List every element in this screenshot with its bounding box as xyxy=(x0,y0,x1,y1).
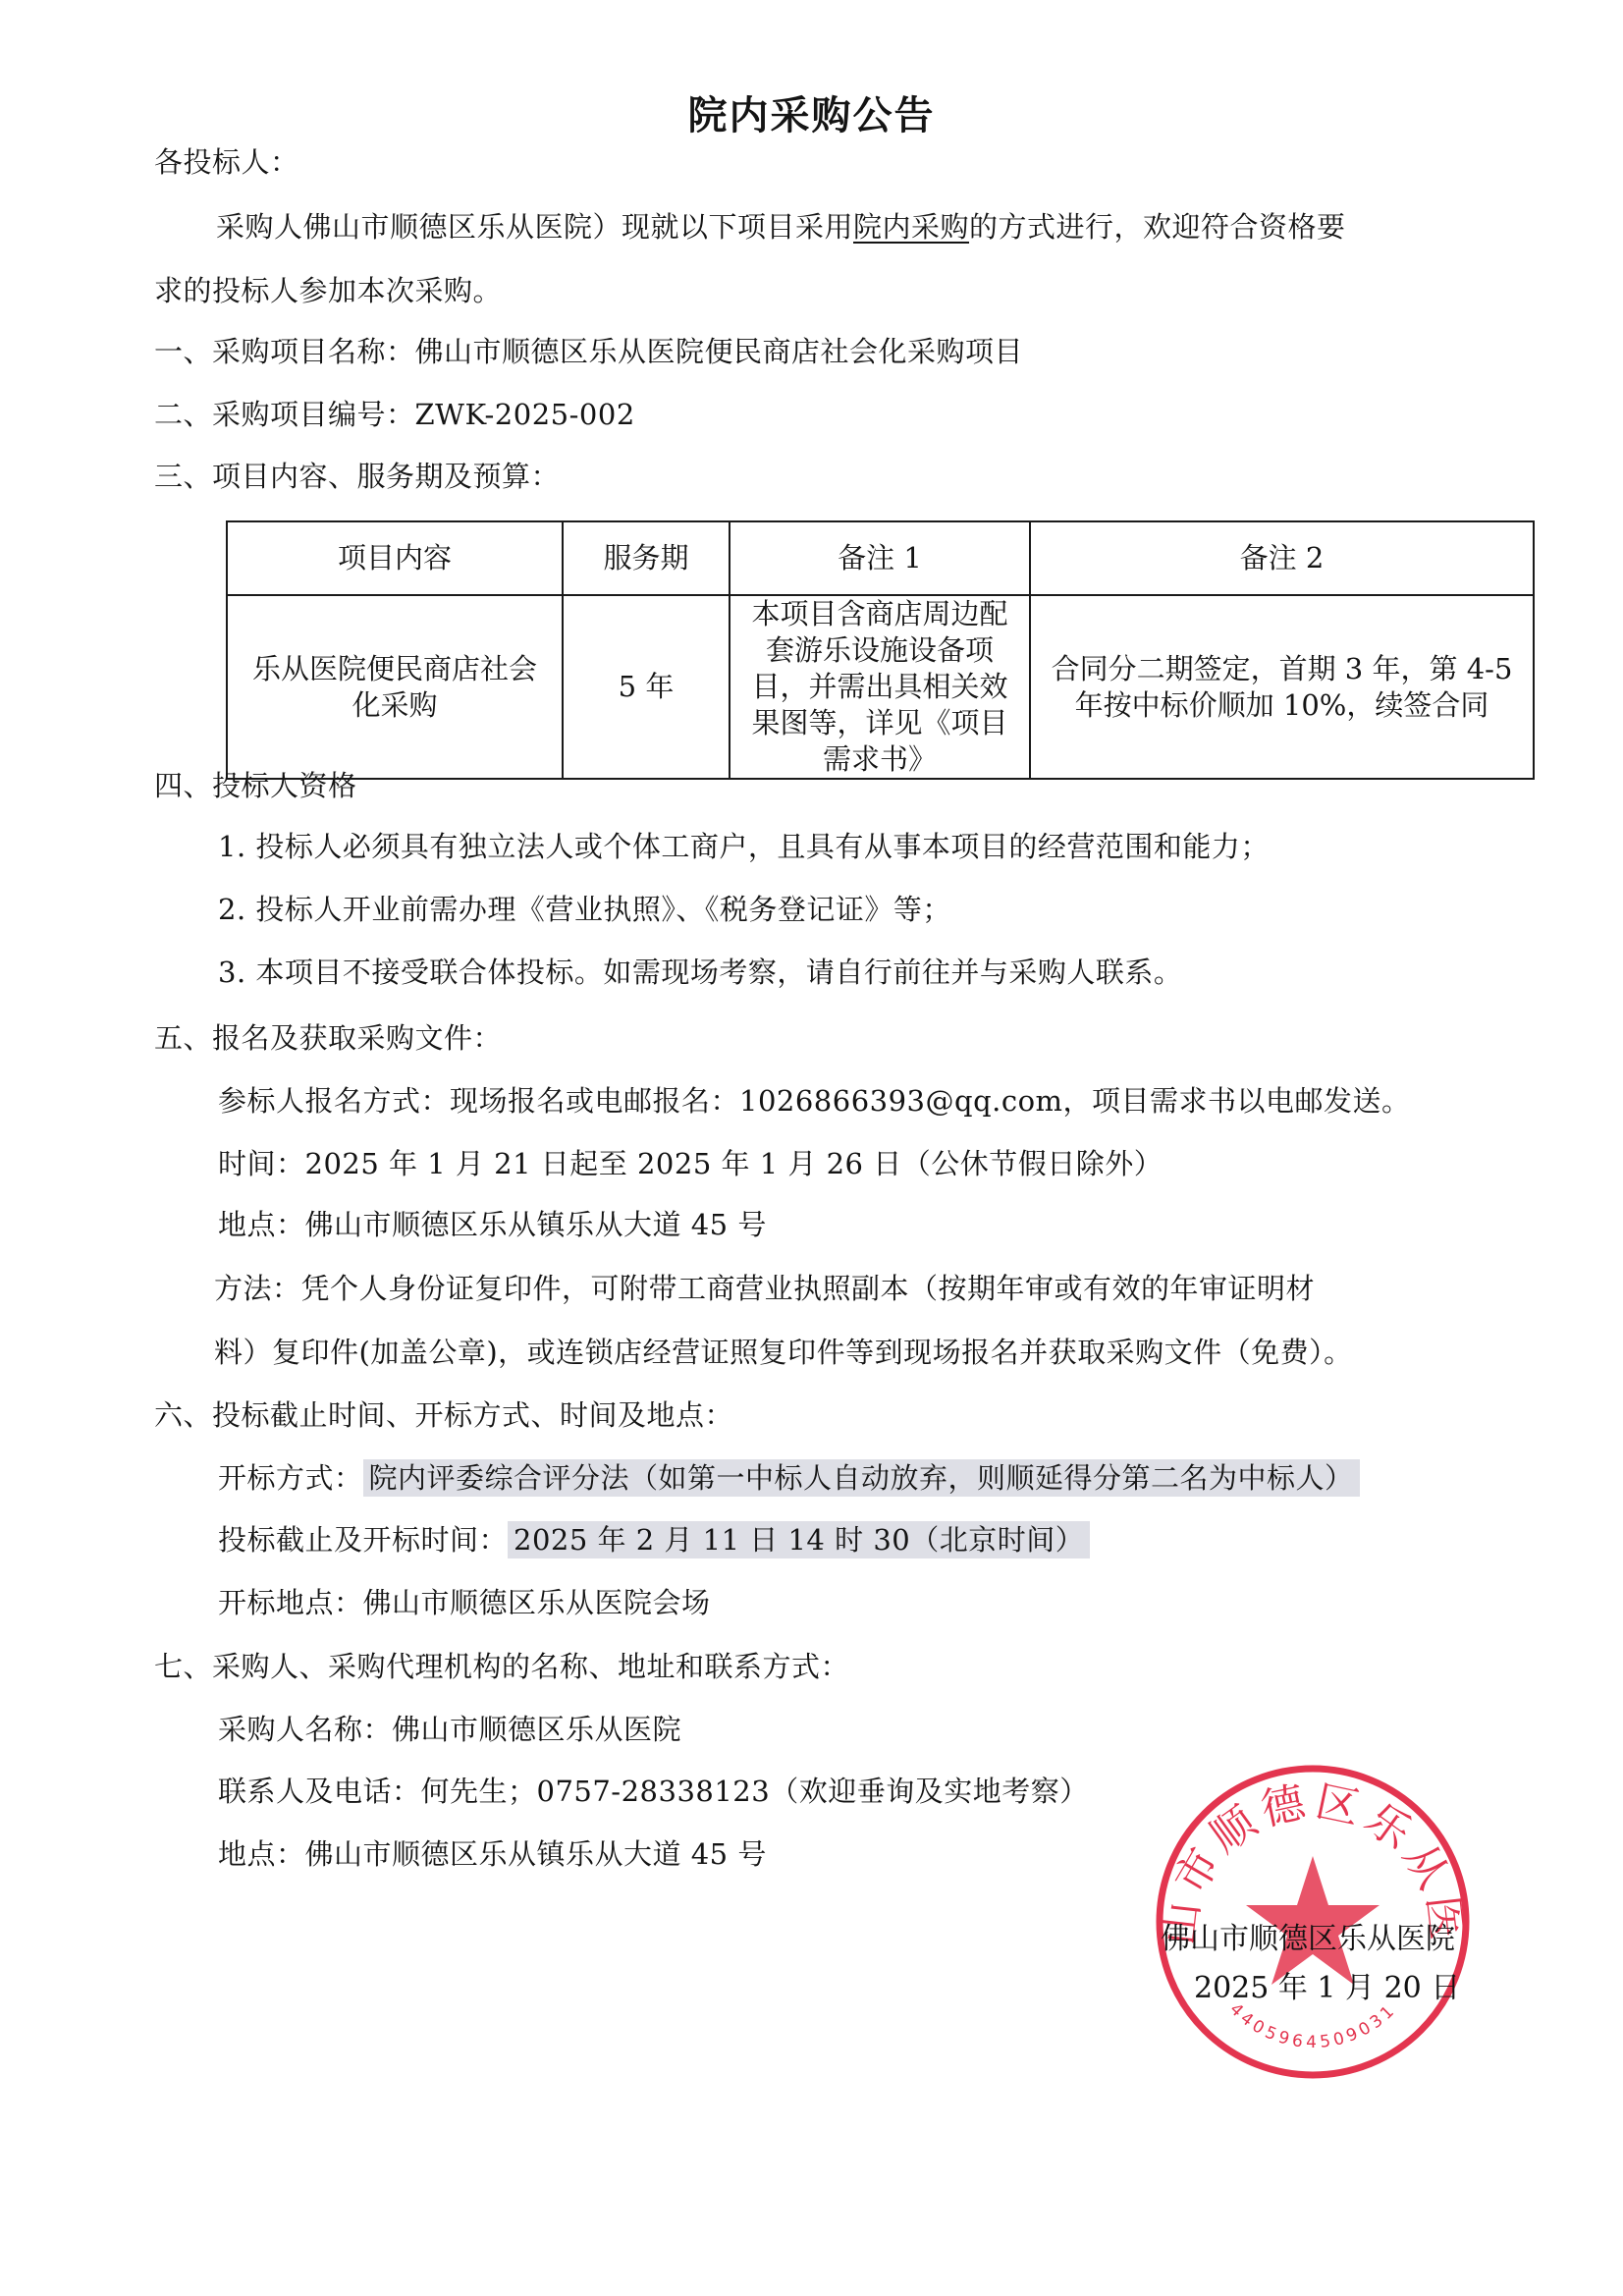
registration-method-detail-1: 方法：凭个人身份证复印件，可附带工商营业执照副本（按期年审或有效的年审证明材 xyxy=(214,1269,1315,1308)
cell-content: 乐从医院便民商店社会化采购 xyxy=(227,595,563,779)
intro-line-1: 采购人佛山市顺德区乐从医院）现就以下项目采用院内采购的方式进行，欢迎符合资格要 xyxy=(216,207,1346,246)
purchaser-name: 采购人名称：佛山市顺德区乐从医院 xyxy=(218,1710,681,1749)
section-1-project-name: 一、采购项目名称：佛山市顺德区乐从医院便民商店社会化采购项目 xyxy=(154,332,1023,371)
registration-method: 参标人报名方式：现场报名或电邮报名：1026866393@qq.com，项目需求… xyxy=(218,1081,1411,1121)
section-6-heading: 六、投标截止时间、开标方式、时间及地点： xyxy=(154,1395,733,1435)
registration-location: 地点：佛山市顺德区乐从镇乐从大道 45 号 xyxy=(218,1205,767,1244)
table-header-row: 项目内容 服务期 备注 1 备注 2 xyxy=(227,521,1534,595)
contact-info: 联系人及电话：何先生；0757-28338123（欢迎垂询及实地考察） xyxy=(218,1772,1089,1811)
qualification-item-3: 3. 本项目不接受联合体投标。如需现场考察，请自行前往并与采购人联系。 xyxy=(218,953,1182,992)
header-note-2: 备注 2 xyxy=(1030,521,1534,595)
salutation: 各投标人： xyxy=(154,142,299,182)
section-7-heading: 七、采购人、采购代理机构的名称、地址和联系方式： xyxy=(154,1647,849,1686)
bid-deadline-value: 2025 年 2 月 11 日 14 时 30（北京时间） xyxy=(508,1521,1090,1558)
procurement-method-underlined: 院内采购 xyxy=(853,210,969,244)
cell-note-2: 合同分二期签定，首期 3 年，第 4-5 年按中标价顺加 10%，续签合同 xyxy=(1030,595,1534,779)
header-note-1: 备注 1 xyxy=(730,521,1030,595)
qualification-item-2: 2. 投标人开业前需办理《营业执照》、《税务登记证》等； xyxy=(218,890,951,929)
registration-method-detail-2: 料）复印件(加盖公章)，或连锁店经营证照复印件等到现场报名并获取采购文件（免费）… xyxy=(214,1333,1353,1372)
section-5-heading: 五、报名及获取采购文件： xyxy=(154,1018,502,1058)
signature-organization: 佛山市顺德区乐从医院 xyxy=(1161,1920,1455,1959)
intro-line-2: 求的投标人参加本次采购。 xyxy=(154,271,502,310)
document-title: 院内采购公告 xyxy=(0,90,1623,141)
header-period: 服务期 xyxy=(563,521,730,595)
table-row: 乐从医院便民商店社会化采购 5 年 本项目含商店周边配套游乐设施设备项目，并需出… xyxy=(227,595,1534,779)
intro-text-pre: 采购人佛山市顺德区乐从医院）现就以下项目采用 xyxy=(216,210,853,244)
header-content: 项目内容 xyxy=(227,521,563,595)
signature-date: 2025 年 1 月 20 日 xyxy=(1194,1969,1460,2008)
opening-method-value: 院内评委综合评分法（如第一中标人自动放弃，则顺延得分第二名为中标人） xyxy=(363,1459,1360,1497)
section-3-heading: 三、项目内容、服务期及预算： xyxy=(154,457,560,496)
project-table: 项目内容 服务期 备注 1 备注 2 乐从医院便民商店社会化采购 5 年 本项目… xyxy=(226,520,1535,780)
opening-location: 开标地点：佛山市顺德区乐从医院会场 xyxy=(218,1583,711,1622)
section-2-project-number: 二、采购项目编号：ZWK-2025-002 xyxy=(154,395,635,434)
purchaser-address: 地点：佛山市顺德区乐从镇乐从大道 45 号 xyxy=(218,1834,767,1874)
bid-deadline: 投标截止及开标时间：2025 年 2 月 11 日 14 时 30（北京时间） xyxy=(218,1520,1090,1559)
opening-method: 开标方式：院内评委综合评分法（如第一中标人自动放弃，则顺延得分第二名为中标人） xyxy=(218,1458,1360,1498)
section-4-heading: 四、投标人资格 xyxy=(154,766,357,805)
opening-method-label: 开标方式： xyxy=(218,1461,363,1495)
cell-period: 5 年 xyxy=(563,595,730,779)
qualification-item-1: 1. 投标人必须具有独立法人或个体工商户，且具有从事本项目的经营范围和能力； xyxy=(218,827,1270,866)
cell-note-1: 本项目含商店周边配套游乐设施设备项目，并需出具相关效果图等，详见《项目需求书》 xyxy=(730,595,1030,779)
registration-time: 时间：2025 年 1 月 21 日起至 2025 年 1 月 26 日（公休节… xyxy=(218,1144,1163,1183)
bid-deadline-label: 投标截止及开标时间： xyxy=(218,1523,508,1557)
intro-text-post: 的方式进行，欢迎符合资格要 xyxy=(969,210,1346,244)
